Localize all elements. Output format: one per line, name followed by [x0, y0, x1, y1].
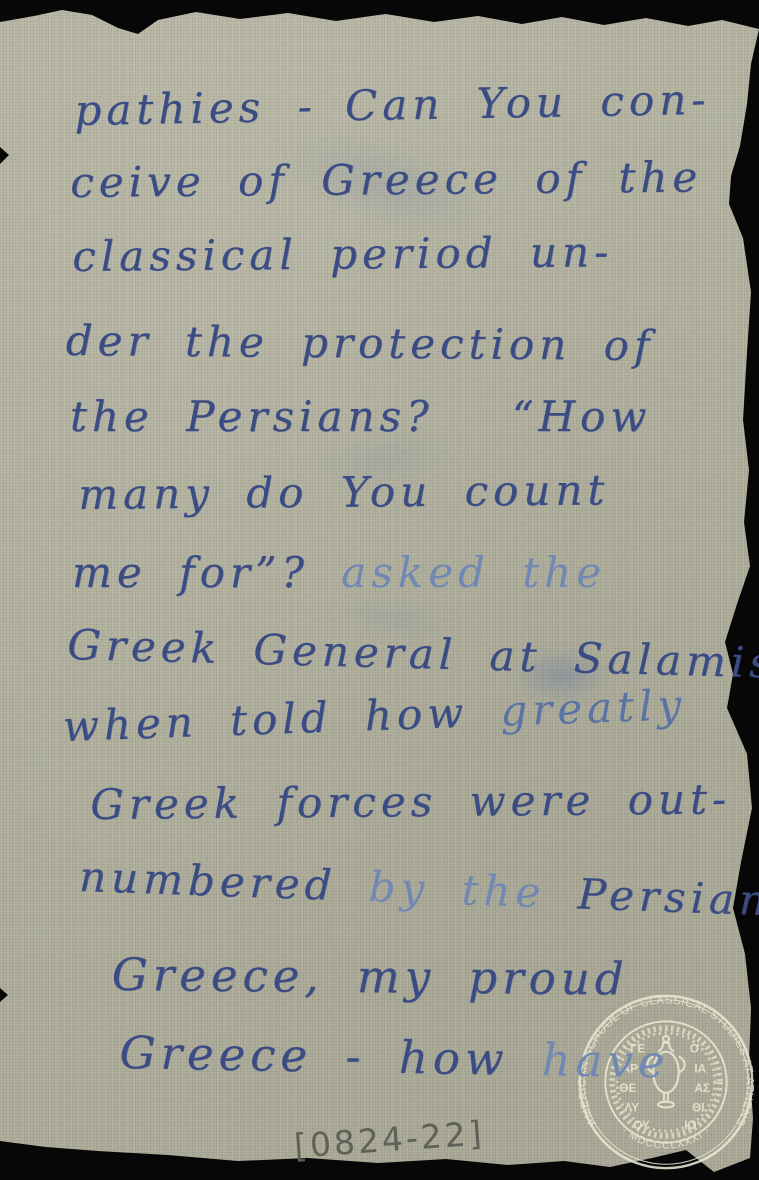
- handwriting-text: Greece, my proud: [112, 948, 629, 1006]
- handwriting-text: the Persians?: [70, 392, 434, 441]
- handwriting-text: “How: [512, 392, 651, 441]
- seal-greek-letter: ΑΣ: [694, 1082, 710, 1095]
- seal-greek-letter: ΘΙ: [692, 1101, 704, 1114]
- handwriting-line-4: der the protection of: [66, 316, 655, 370]
- handwriting-text: Persians: [577, 869, 759, 926]
- seal-greek-letter: Ο: [690, 1043, 699, 1056]
- handwriting-text: Greek forces were out-: [90, 774, 731, 829]
- scanned-letter-page: AMERICAN SCHOOL OF CLASSICAL STUDIES AT …: [0, 0, 759, 1180]
- handwriting-text: greatly: [499, 680, 687, 735]
- seal-greek-letter: ΛΥ: [624, 1101, 639, 1114]
- handwriting-line-5: the Persians? “How: [70, 392, 651, 441]
- handwriting-text: ceive of Greece of the: [70, 152, 702, 207]
- handwriting-text: numbered: [78, 852, 369, 911]
- handwriting-line-7: me for”? asked the: [72, 548, 606, 597]
- handwriting-text: asked the: [341, 548, 606, 597]
- handwriting-text: classical period un-: [72, 227, 613, 281]
- handwriting-line-3: classical period un-: [72, 227, 613, 281]
- handwriting-text: Greece - how: [119, 1026, 542, 1086]
- handwriting-text: have: [541, 1033, 670, 1088]
- handwriting-text: me for”?: [72, 548, 341, 597]
- handwriting-line-6: many do You count: [78, 465, 609, 519]
- handwriting-text: by the: [368, 862, 546, 917]
- handwriting-text: many do You count: [78, 465, 609, 519]
- handwriting-text: Can You con-: [345, 75, 711, 130]
- handwriting-line-12: Greece, my proud: [112, 948, 629, 1006]
- seal-greek-letter: ΟΥ: [633, 1119, 650, 1132]
- handwriting-text: der the protection of: [66, 316, 655, 370]
- handwriting-line-2: ceive of Greece of the: [70, 152, 702, 207]
- handwriting-line-10: Greek forces were out-: [90, 774, 731, 829]
- handwriting-line-13: Greece - how have: [119, 1026, 670, 1089]
- seal-greek-letter: ΙΟ: [684, 1119, 696, 1132]
- handwriting-text: pathies -: [74, 82, 317, 135]
- seal-greek-letter: ΙΑ: [694, 1062, 706, 1075]
